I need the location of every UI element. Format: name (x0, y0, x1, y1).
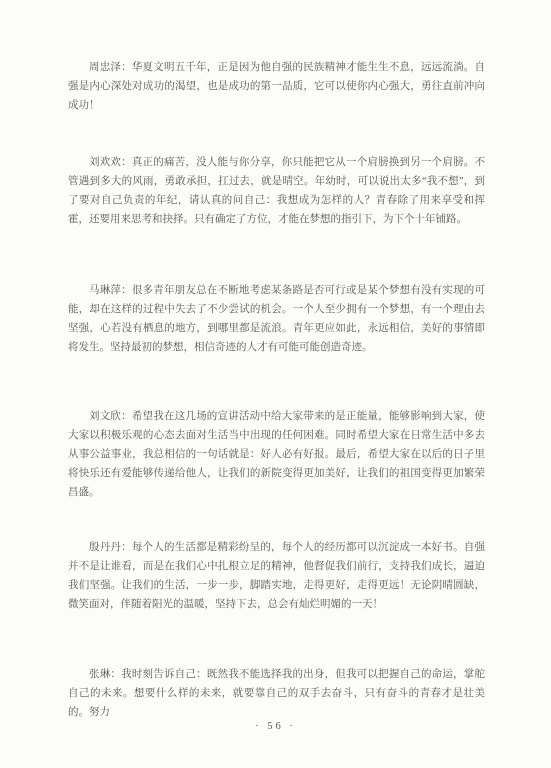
quote-paragraph-yindandan: 殷丹丹：每个人的生活都是精彩纷呈的，每个人的经历都可以沉淀成一本好书。自强并不是… (68, 538, 485, 614)
speaker-name: 刘欢欢： (89, 157, 132, 168)
speaker-name: 周忠泽： (89, 62, 132, 73)
quote-paragraph-zhanglin: 张琳：我时刻告诉自己：既然我不能选择我的出身，但我可以把握自己的命运，掌舵自己的… (68, 665, 485, 722)
document-page: 周忠泽：华夏文明五千年，正是因为他自强的民族精神才能生生不息，远远流淌。自强是内… (0, 0, 551, 768)
speaker-name: 张琳： (89, 669, 121, 680)
paragraph-text: 我时刻告诉自己：既然我不能选择我的出身，但我可以把握自己的命运，掌舵自己的未来。… (68, 669, 485, 718)
quote-paragraph-liuhuanhuan: 刘欢欢：真正的痛苦，没人能与你分享，你只能把它从一个肩膀换到另一个肩膀。不管遇到… (68, 153, 485, 229)
quote-paragraph-liuwenxin: 刘文欣：希望我在这几场的宣讲活动中给大家带来的是正能量，能够影响到大家，使大家以… (68, 407, 485, 502)
page-number: · 56 · (0, 719, 551, 735)
speaker-name: 刘文欣： (89, 411, 132, 422)
quote-paragraph-malinping: 马琳萍：很多青年朋友总在不断地考虑某条路是否可行或是某个梦想有没有实现的可能，却… (68, 281, 485, 357)
quote-paragraph-zhouzhongze: 周忠泽：华夏文明五千年，正是因为他自强的民族精神才能生生不息，远远流淌。自强是内… (68, 58, 485, 115)
speaker-name: 马琳萍： (89, 285, 132, 296)
paragraph-text: 希望我在这几场的宣讲活动中给大家带来的是正能量，能够影响到大家，使大家以积极乐观… (68, 411, 485, 498)
speaker-name: 殷丹丹： (89, 542, 132, 553)
